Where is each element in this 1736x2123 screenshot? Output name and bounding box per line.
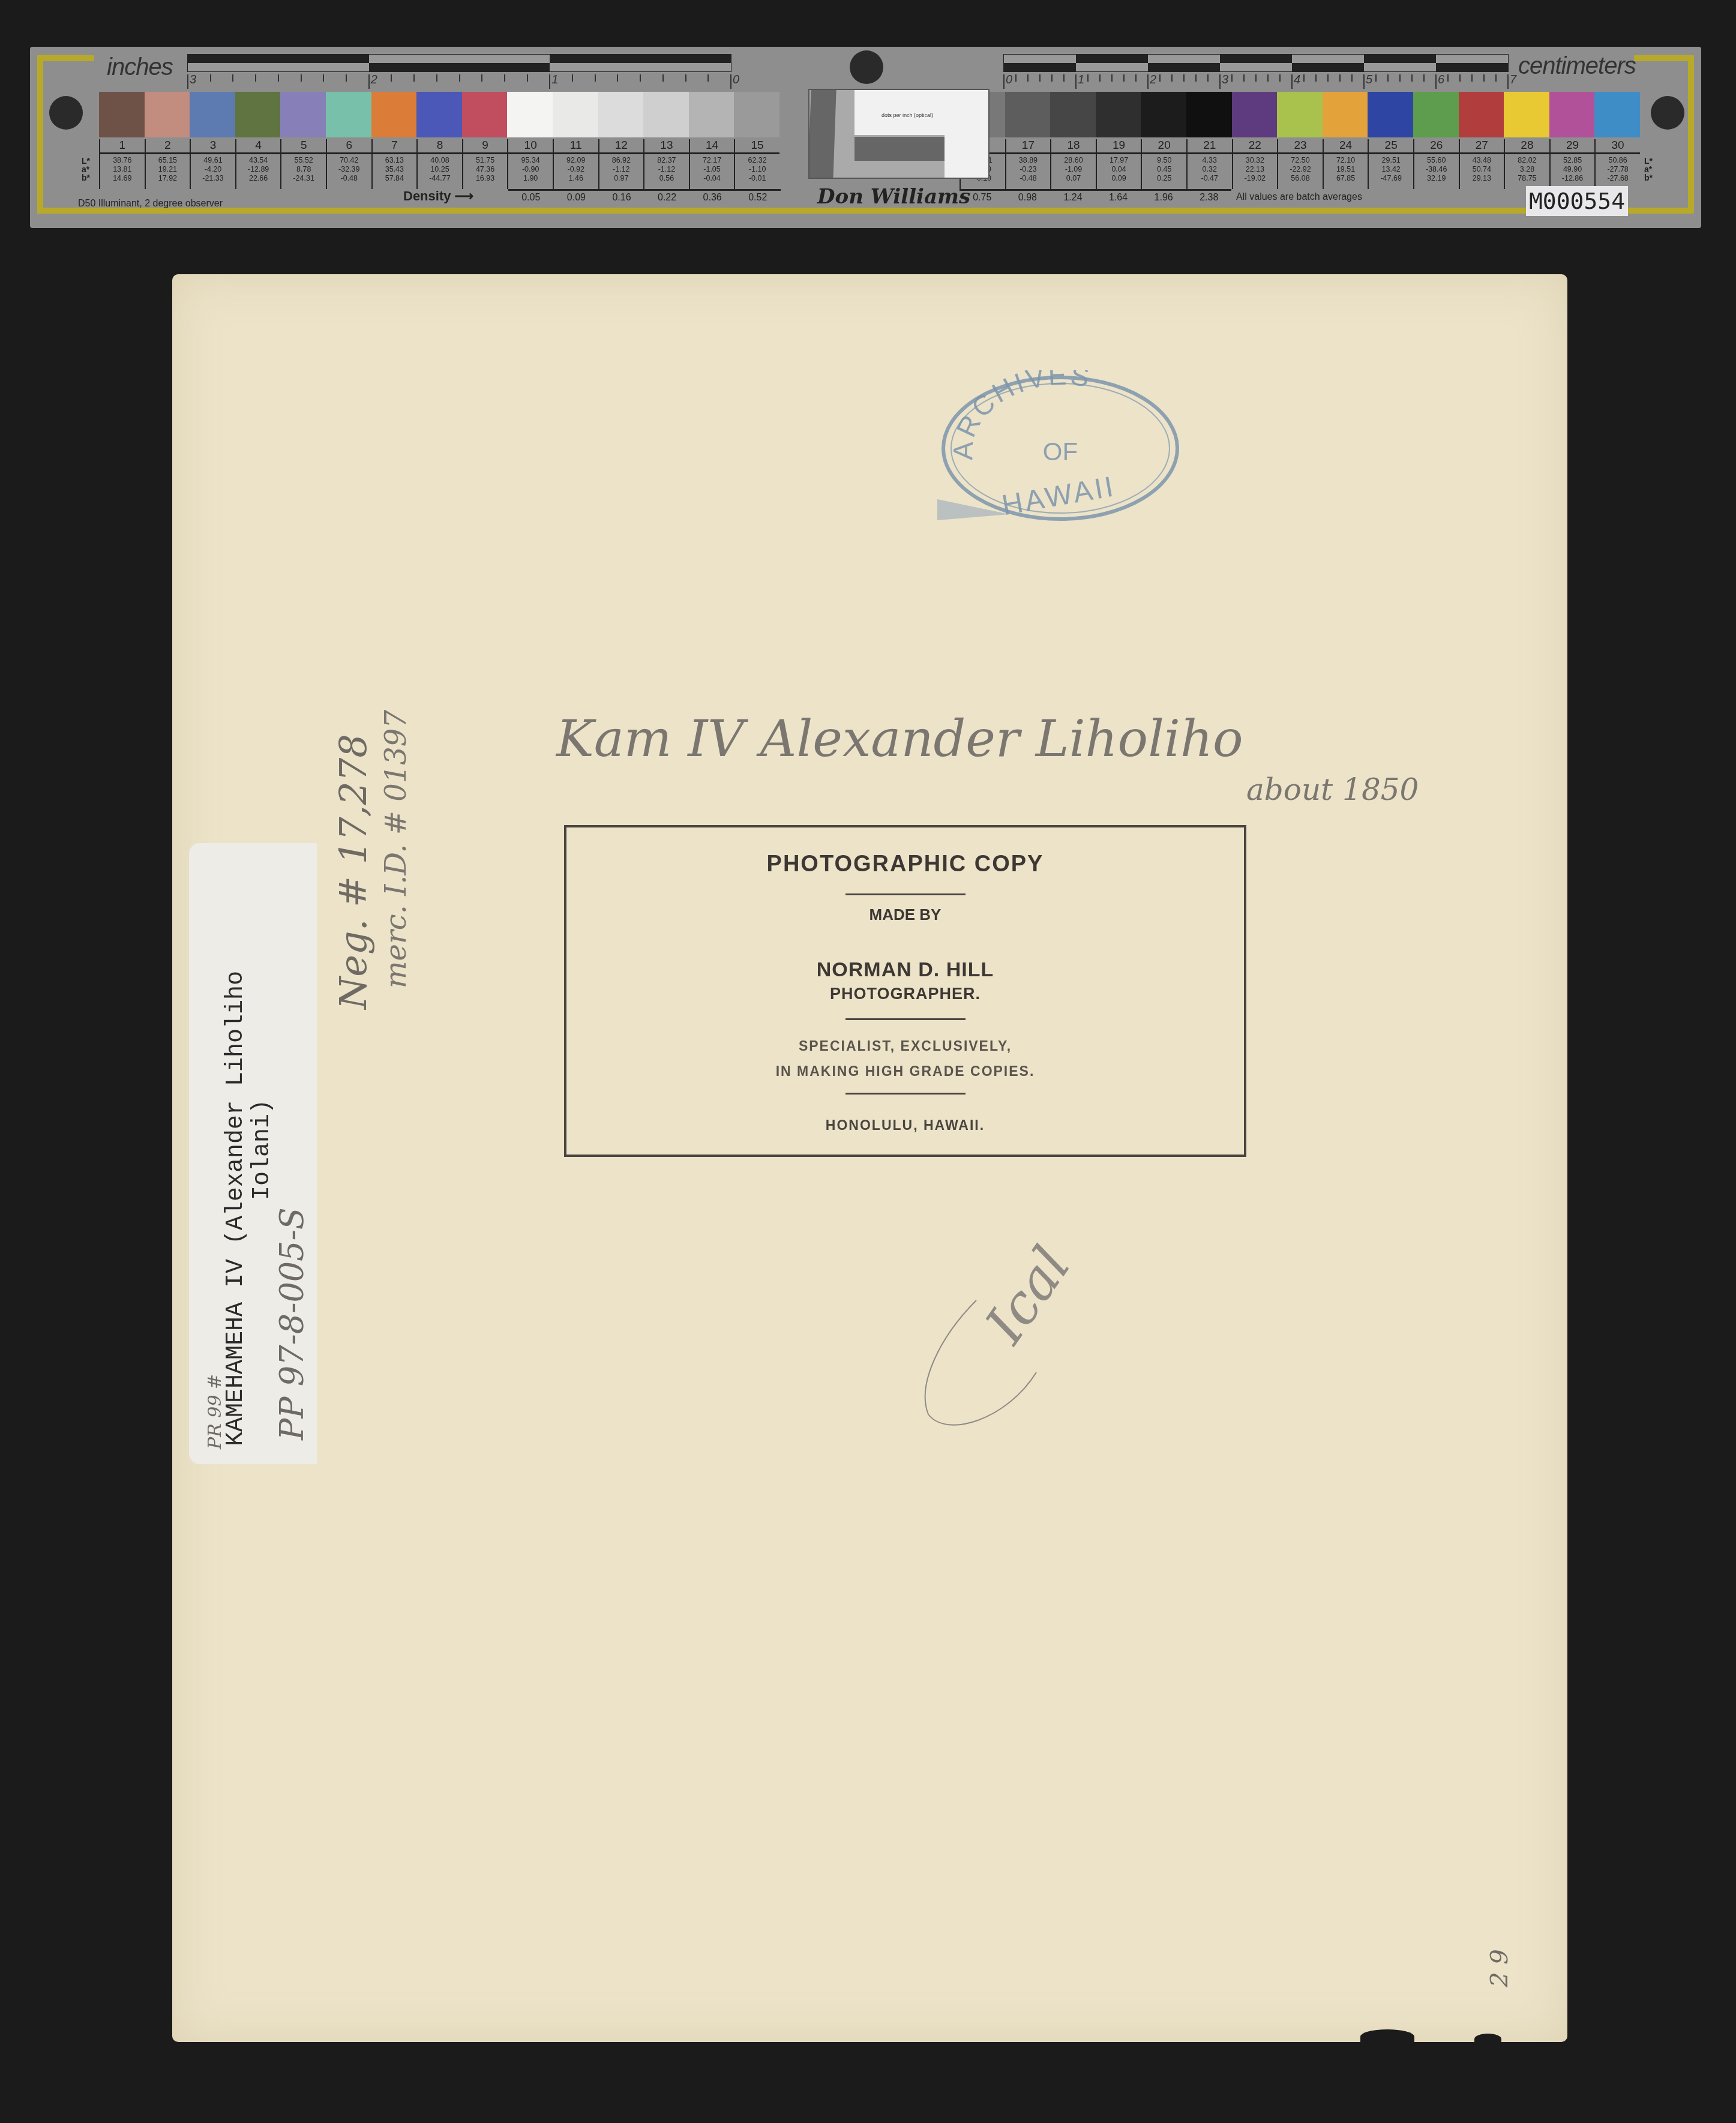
color-patch (1186, 92, 1232, 137)
patch-numbers-1-15: 123456789101112131415 (99, 139, 779, 154)
lab-value-cell: 72.1019.5167.85 (1323, 154, 1368, 189)
a-label: a* (1644, 165, 1653, 173)
color-patch (1005, 92, 1051, 137)
corner-pencil-note: 2 9 (1486, 1949, 1513, 1987)
lab-value-cell: 50.86-27.78-27.68 (1594, 154, 1640, 189)
density-value: 2.38 (1186, 193, 1232, 203)
patch-number: 7 (371, 139, 417, 152)
lab-value-cell: 52.8549.90-12.86 (1549, 154, 1595, 189)
color-patch (643, 92, 689, 137)
density-value: 0.36 (689, 193, 735, 203)
ruler-label: 5 (1366, 73, 1372, 87)
imprint-divider (845, 1018, 966, 1020)
density-text: Density (403, 188, 451, 203)
color-patch (1141, 92, 1186, 137)
L-label: L* (1644, 157, 1653, 165)
patch-number: 12 (598, 139, 644, 152)
color-patch (1594, 92, 1640, 137)
density-value: 1.96 (1141, 193, 1186, 203)
density-rule-right (960, 189, 1231, 191)
patch-number: 19 (1096, 139, 1141, 152)
target-id: M000554 (1526, 186, 1628, 216)
lab-value-cell: 65.1519.2117.92 (145, 154, 190, 189)
patch-numbers-16-30: 161718192021222324252627282930 (960, 139, 1640, 154)
color-patch (371, 92, 417, 137)
color-patch (416, 92, 462, 137)
dpi-label: dots per inch (optical) (882, 112, 933, 118)
density-value: 0.52 (735, 193, 781, 203)
lab-value-cell: 72.17-1.05-0.04 (689, 154, 734, 189)
yellow-frame-top-right (1634, 55, 1694, 61)
color-patch (1232, 92, 1278, 137)
registration-hole-center (850, 50, 883, 84)
lab-values-1-15: 38.7613.8114.6965.1519.2117.9249.61-4.20… (99, 154, 779, 189)
density-rule-left (508, 189, 781, 191)
color-patch (1277, 92, 1323, 137)
lab-value-cell: 29.5113.42-47.69 (1368, 154, 1413, 189)
archives-of-hawaii-stamp: ARCHIVES OF HAWAII (937, 370, 1183, 529)
ruler-label: 1 (1078, 73, 1084, 87)
imprint-made-by: MADE BY (566, 905, 1244, 924)
patch-number: 27 (1459, 139, 1504, 152)
color-patch (507, 92, 553, 137)
catalog-label: KAMEHAMEHA IV (Alexander Liholiho Iolani… (189, 843, 317, 1464)
photo-back-page: ARCHIVES OF HAWAII Kam IV Alexander Liho… (172, 274, 1567, 2042)
L-label: L* (82, 157, 90, 165)
density-value: 0.09 (554, 193, 599, 203)
resolution-test-patch: dots per inch (optical) (808, 89, 990, 179)
density-value: 0.98 (1005, 193, 1051, 203)
patch-number: 13 (643, 139, 689, 152)
lab-value-cell: 55.528.78-24.31 (280, 154, 326, 189)
color-patch (1323, 92, 1368, 137)
label-pencil-small: PR 99 # (205, 1374, 226, 1449)
patch-number: 1 (99, 139, 145, 152)
torn-edge (1360, 2029, 1414, 2044)
photographer-imprint: PHOTOGRAPHIC COPY MADE BY NORMAN D. HILL… (564, 825, 1246, 1157)
color-patch (1549, 92, 1595, 137)
cm-scale-bar (1003, 54, 1509, 72)
color-patch (326, 92, 371, 137)
patch-number: 11 (553, 139, 598, 152)
inches-label: inches (107, 54, 173, 81)
lab-axis-labels-right: L* a* b* (1644, 157, 1653, 182)
density-value: 1.64 (1096, 193, 1141, 203)
lab-value-cell: 95.34-0.901.90 (507, 154, 553, 189)
imprint-specialty-2: IN MAKING HIGH GRADE COPIES. (566, 1063, 1244, 1080)
ruler-label: 3 (190, 73, 196, 87)
ruler-label: 0 (1006, 73, 1012, 87)
patch-number: 20 (1141, 139, 1186, 152)
label-typed-line-1: KAMEHAMEHA IV (Alexander Liholiho (223, 971, 250, 1446)
patch-number: 21 (1186, 139, 1232, 152)
patch-number: 17 (1005, 139, 1051, 152)
imprint-divider (845, 1093, 966, 1095)
color-patch (280, 92, 326, 137)
color-patch (553, 92, 598, 137)
density-values-16-21: 0.750.981.241.641.962.38 (960, 193, 1232, 203)
lab-value-cell: 28.60-1.090.07 (1050, 154, 1096, 189)
ruler-label: 6 (1438, 73, 1444, 87)
yellow-frame-left (37, 55, 43, 212)
slanted-edge-dark-2 (854, 137, 945, 161)
lab-value-cell: 51.7547.3616.93 (462, 154, 508, 189)
color-patch (1504, 92, 1549, 137)
color-patch (190, 92, 235, 137)
ruler-label: 4 (1294, 73, 1300, 87)
b-label: b* (1644, 173, 1653, 182)
lab-value-cell: 72.50-22.9256.08 (1277, 154, 1323, 189)
patch-number: 29 (1549, 139, 1595, 152)
color-patch (1413, 92, 1459, 137)
yellow-frame-top-left (37, 55, 94, 61)
color-patch (1368, 92, 1413, 137)
lab-value-cell: 4.330.32-0.47 (1186, 154, 1232, 189)
svg-text:OF: OF (1043, 437, 1078, 466)
label-typed-line-2: Iolani) (249, 1099, 276, 1200)
patch-number: 8 (416, 139, 462, 152)
patch-number: 10 (507, 139, 553, 152)
batch-averages-note: All values are batch averages (1236, 192, 1362, 203)
lab-values-16-30: 49.61-1.29-0.1038.89-0.23-0.4828.60-1.09… (960, 154, 1640, 189)
handwritten-date: about 1850 (1246, 772, 1419, 807)
patch-number: 18 (1050, 139, 1096, 152)
yellow-frame-right (1688, 55, 1694, 212)
lab-value-cell: 62.32-1.10-0.01 (734, 154, 779, 189)
patch-number: 14 (689, 139, 734, 152)
patch-number: 23 (1277, 139, 1323, 152)
lab-value-cell: 92.09-0.921.46 (553, 154, 598, 189)
lab-value-cell: 38.7613.8114.69 (99, 154, 145, 189)
b-label: b* (82, 173, 90, 182)
patch-number: 24 (1323, 139, 1368, 152)
lab-value-cell: 38.89-0.23-0.48 (1005, 154, 1051, 189)
slanted-edge-dark (808, 90, 836, 179)
imprint-place: HONOLULU, HAWAII. (566, 1117, 1244, 1134)
imprint-name: NORMAN D. HILL (566, 958, 1244, 982)
arrow-right-icon: ⟶ (455, 188, 474, 203)
patch-number: 25 (1368, 139, 1413, 152)
density-label: Density ⟶ (403, 188, 473, 204)
inch-scale-bar (187, 54, 731, 72)
lab-axis-labels-left: L* a* b* (82, 157, 90, 182)
label-pencil-code: PP 97-8-005-S (273, 1207, 311, 1440)
color-calibration-target: inches centimeters 3210 01234567 1234567… (30, 47, 1701, 228)
lab-value-cell: 40.0810.25-44.77 (416, 154, 462, 189)
imprint-specialty-1: SPECIALIST, EXCLUSIVELY, (566, 1038, 1244, 1054)
color-patch (1459, 92, 1504, 137)
inch-ruler: 3210 (187, 73, 730, 89)
lab-value-cell: 82.023.2878.75 (1504, 154, 1549, 189)
patch-number: 15 (734, 139, 779, 152)
patch-number: 6 (326, 139, 371, 152)
resolution-vertical-field (945, 90, 990, 179)
density-value: 0.22 (644, 193, 690, 203)
patch-number: 26 (1413, 139, 1459, 152)
ruler-label: 1 (551, 73, 558, 87)
color-patches-16-30 (960, 92, 1640, 137)
centimeters-label: centimeters (1518, 53, 1636, 80)
density-value: 0.16 (599, 193, 644, 203)
color-patch (598, 92, 644, 137)
torn-edge (1474, 2034, 1501, 2044)
patch-number: 30 (1594, 139, 1640, 152)
merc-id-note: merc. I.D. # 01397 (379, 710, 413, 988)
cm-ruler: 01234567 (1003, 73, 1507, 89)
handwritten-title: Kam IV Alexander Liholiho (556, 709, 1243, 768)
imprint-divider (845, 893, 966, 895)
ruler-label: 3 (1222, 73, 1228, 87)
density-value: 1.24 (1050, 193, 1096, 203)
ruler-label: 2 (1150, 73, 1156, 87)
imprint-title: PHOTOGRAPHIC COPY (566, 851, 1244, 877)
lab-value-cell: 55.60-38.4632.19 (1413, 154, 1459, 189)
patch-number: 28 (1504, 139, 1549, 152)
illuminant-note: D50 Illuminant, 2 degree observer (78, 199, 223, 209)
density-value: 0.05 (508, 193, 554, 203)
patch-number: 4 (235, 139, 281, 152)
color-patch (689, 92, 734, 137)
patch-number: 3 (190, 139, 235, 152)
color-patch (235, 92, 281, 137)
lab-value-cell: 63.1335.4357.84 (371, 154, 417, 189)
color-patch (462, 92, 508, 137)
lab-value-cell: 17.970.040.09 (1096, 154, 1141, 189)
registration-hole-right (1651, 96, 1684, 130)
color-patches-1-15 (99, 92, 779, 137)
negative-number-note: Neg. # 17,278 (331, 734, 375, 1009)
color-patch (734, 92, 779, 137)
density-values-10-15: 0.050.090.160.220.360.52 (508, 193, 781, 203)
lab-value-cell: 9.500.450.25 (1141, 154, 1186, 189)
lab-value-cell: 70.42-32.39-0.48 (326, 154, 371, 189)
imprint-role: PHOTOGRAPHER. (566, 985, 1244, 1003)
lab-value-cell: 82.37-1.120.56 (643, 154, 689, 189)
lab-value-cell: 49.61-4.20-21.33 (190, 154, 235, 189)
patch-number: 2 (145, 139, 190, 152)
registration-hole-left (49, 96, 83, 130)
color-patch (99, 92, 145, 137)
color-patch (145, 92, 190, 137)
patch-number: 9 (462, 139, 508, 152)
color-patch (1050, 92, 1096, 137)
ruler-label: 7 (1510, 73, 1516, 87)
patch-number: 5 (280, 139, 326, 152)
lab-value-cell: 86.92-1.120.97 (598, 154, 644, 189)
patch-number: 22 (1232, 139, 1278, 152)
ruler-label: 0 (733, 73, 739, 87)
lab-value-cell: 43.54-12.8922.66 (235, 154, 281, 189)
a-label: a* (82, 165, 90, 173)
ruler-label: 2 (371, 73, 377, 87)
color-patch (1096, 92, 1141, 137)
brand-signature: Don Williams (817, 185, 970, 209)
lab-value-cell: 43.4850.7429.13 (1459, 154, 1504, 189)
lab-value-cell: 30.3222.13-19.02 (1232, 154, 1278, 189)
